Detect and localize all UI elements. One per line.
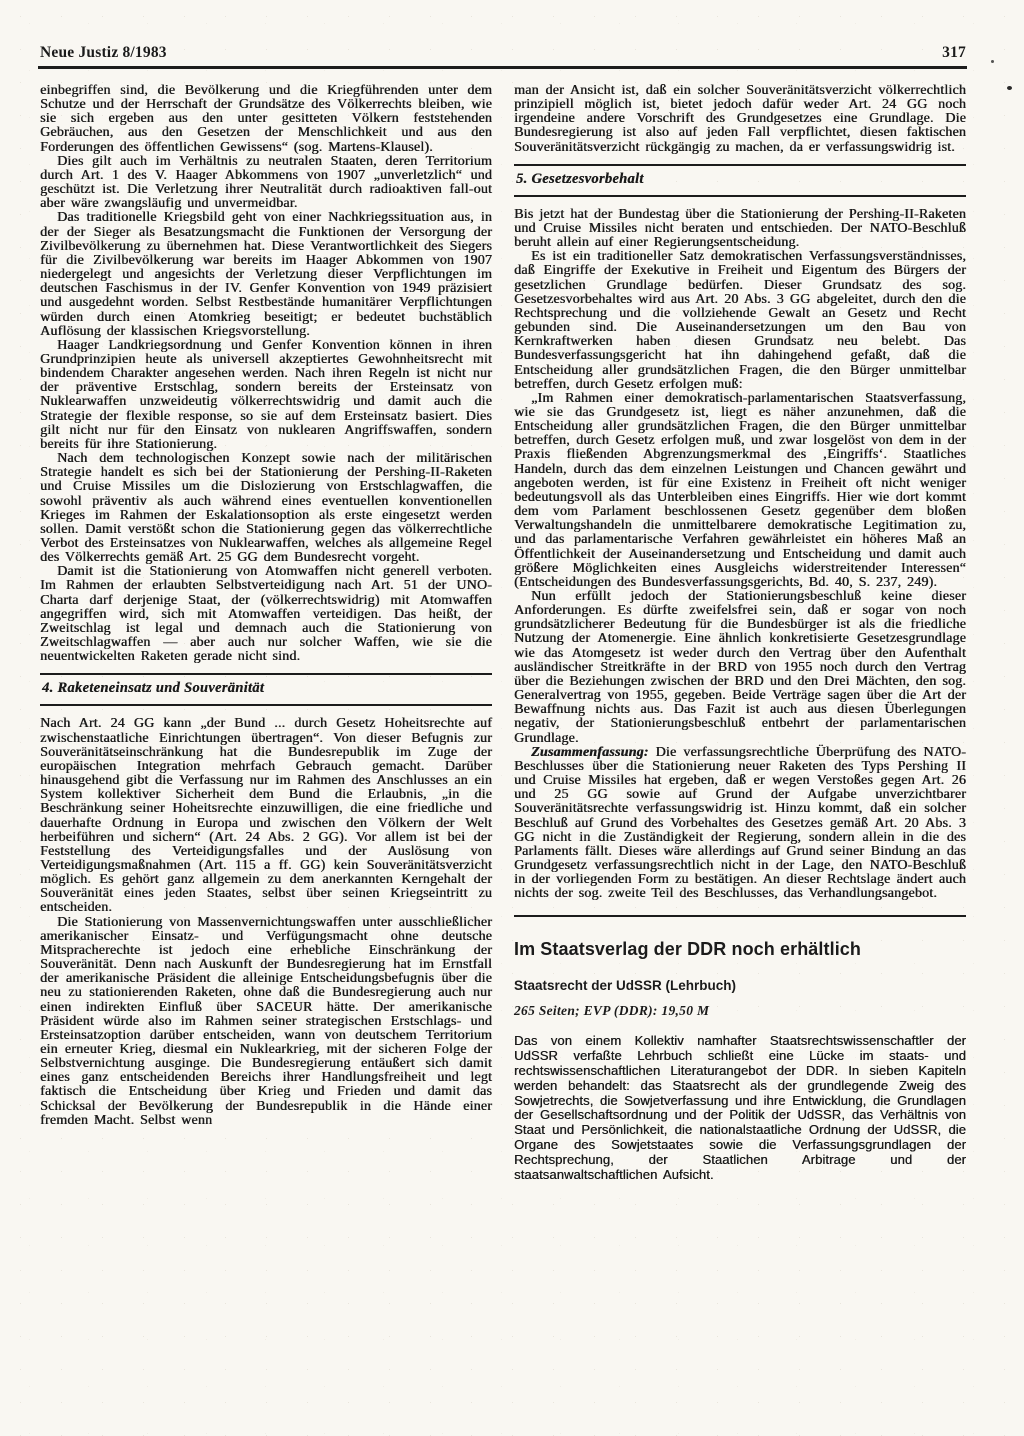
left-column: einbegriffen sind, die Bevölkerung und d… [40, 84, 492, 1128]
paragraph: Dies gilt auch im Verhältnis zu neutrale… [40, 155, 492, 212]
publisher-heading: Im Staatsverlag der DDR noch erhältlich [514, 939, 966, 960]
scan-speck [1007, 86, 1012, 90]
paragraph: Nun erfüllt jedoch der Stationierungsbes… [514, 590, 966, 746]
paragraph: Die Stationierung von Massenvernichtungs… [40, 916, 492, 1128]
page-number: 317 [942, 44, 966, 62]
paragraph: Haager Landkriegsordnung und Genfer Konv… [40, 339, 492, 452]
book-info: 265 Seiten; EVP (DDR): 19,50 M [514, 1003, 966, 1019]
scan-speck [991, 60, 994, 63]
paragraph: Das traditionelle Kriegsbild geht von ei… [40, 211, 492, 338]
divider-rule [514, 915, 966, 917]
paragraph: Bis jetzt hat der Bundestag über die Sta… [514, 208, 966, 250]
page-header: Neue Justiz 8/1983 317 [40, 44, 966, 62]
section-5-heading: 5. Gesetzesvorbehalt [514, 164, 966, 197]
summary-lead: Zusammenfassung: [531, 745, 649, 760]
book-title: Staatsrecht der UdSSR (Lehrbuch) [514, 978, 966, 993]
paragraph-continuation: man der Ansicht ist, daß ein solcher Sou… [514, 84, 966, 155]
journal-title: Neue Justiz 8/1983 [40, 44, 167, 62]
book-description: Das von einem Kollektiv namhafter Staats… [514, 1034, 966, 1182]
summary-text: Die verfassungsrechtliche Überprüfung de… [514, 745, 966, 902]
summary-paragraph: Zusammenfassung: Die verfassungsrechtlic… [514, 746, 966, 902]
paragraph-continuation: einbegriffen sind, die Bevölkerung und d… [40, 84, 492, 155]
header-rule [38, 66, 967, 69]
paragraph: Es ist ein traditioneller Satz demokrati… [514, 250, 966, 392]
section-4-heading: 4. Raketeneinsatz und Souveränität [40, 673, 492, 706]
paragraph: „Im Rahmen einer demokratisch-parlamenta… [514, 392, 966, 590]
paragraph: Damit ist die Stationierung von Atomwaff… [40, 565, 492, 664]
right-column: man der Ansicht ist, daß ein solcher Sou… [514, 84, 966, 1182]
paragraph: Nach Art. 24 GG kann „der Bund ... durch… [40, 717, 492, 915]
paragraph: Nach dem technologischen Konzept sowie n… [40, 452, 492, 565]
